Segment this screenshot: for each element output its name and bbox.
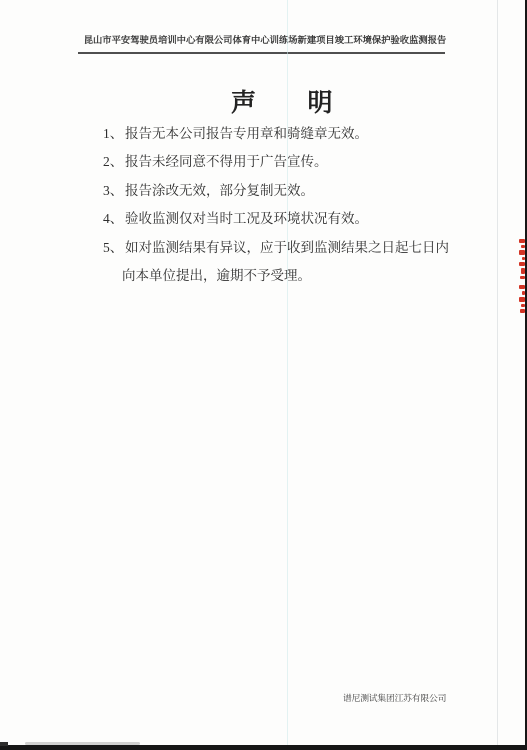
statement-number: 4、 [103, 205, 125, 233]
header-rule [78, 52, 445, 54]
statement-line: 4、验收监测仅对当时工况及环境状况有效。 [103, 205, 503, 233]
scan-smudge [25, 742, 140, 745]
page-title: 声 明 [231, 91, 333, 117]
statement-number: 3、 [103, 177, 125, 205]
statement-item-5: 5、如对监测结果有异议，应于收到监测结果之日起七日内 向本单位提出，逾期不予受理… [103, 234, 503, 291]
statement-number: 5、 [103, 234, 125, 262]
statement-number: 2、 [103, 148, 125, 176]
statement-item-3: 3、报告涂改无效，部分复制无效。 [103, 177, 503, 205]
page-edge-line [497, 0, 498, 750]
scan-corner-mark [0, 742, 8, 746]
statement-line: 1、报告无本公司报告专用章和骑缝章无效。 [103, 120, 503, 148]
statement-line: 5、如对监测结果有异议，应于收到监测结果之日起七日内 [103, 234, 503, 262]
running-header: 昆山市平安驾驶员培训中心有限公司体育中心训练场新建项目竣工环境保护验收监测报告 [70, 34, 460, 48]
document-page: 昆山市平安驾驶员培训中心有限公司体育中心训练场新建项目竣工环境保护验收监测报告 … [0, 0, 527, 750]
statement-text: 报告涂改无效，部分复制无效。 [125, 183, 314, 198]
statement-number: 1、 [103, 120, 125, 148]
statement-text: 验收监测仅对当时工况及环境状况有效。 [125, 211, 368, 226]
footer-company: 谱尼测试集团江苏有限公司 [343, 691, 446, 704]
statement-line-continuation: 向本单位提出，逾期不予受理。 [103, 262, 503, 290]
statement-text: 报告未经同意不得用于广告宣传。 [125, 154, 328, 169]
statement-text: 报告无本公司报告专用章和骑缝章无效。 [125, 126, 368, 141]
statement-item-1: 1、报告无本公司报告专用章和骑缝章无效。 [103, 120, 503, 148]
statement-line: 2、报告未经同意不得用于广告宣传。 [103, 148, 503, 176]
red-stamp-fragments [518, 239, 525, 334]
scan-artifact-line [287, 0, 288, 750]
statement-item-2: 2、报告未经同意不得用于广告宣传。 [103, 148, 503, 176]
scan-edge-bottom [0, 745, 527, 750]
statement-list: 1、报告无本公司报告专用章和骑缝章无效。 2、报告未经同意不得用于广告宣传。 3… [103, 120, 503, 290]
statement-item-4: 4、验收监测仅对当时工况及环境状况有效。 [103, 205, 503, 233]
statement-line: 3、报告涂改无效，部分复制无效。 [103, 177, 503, 205]
